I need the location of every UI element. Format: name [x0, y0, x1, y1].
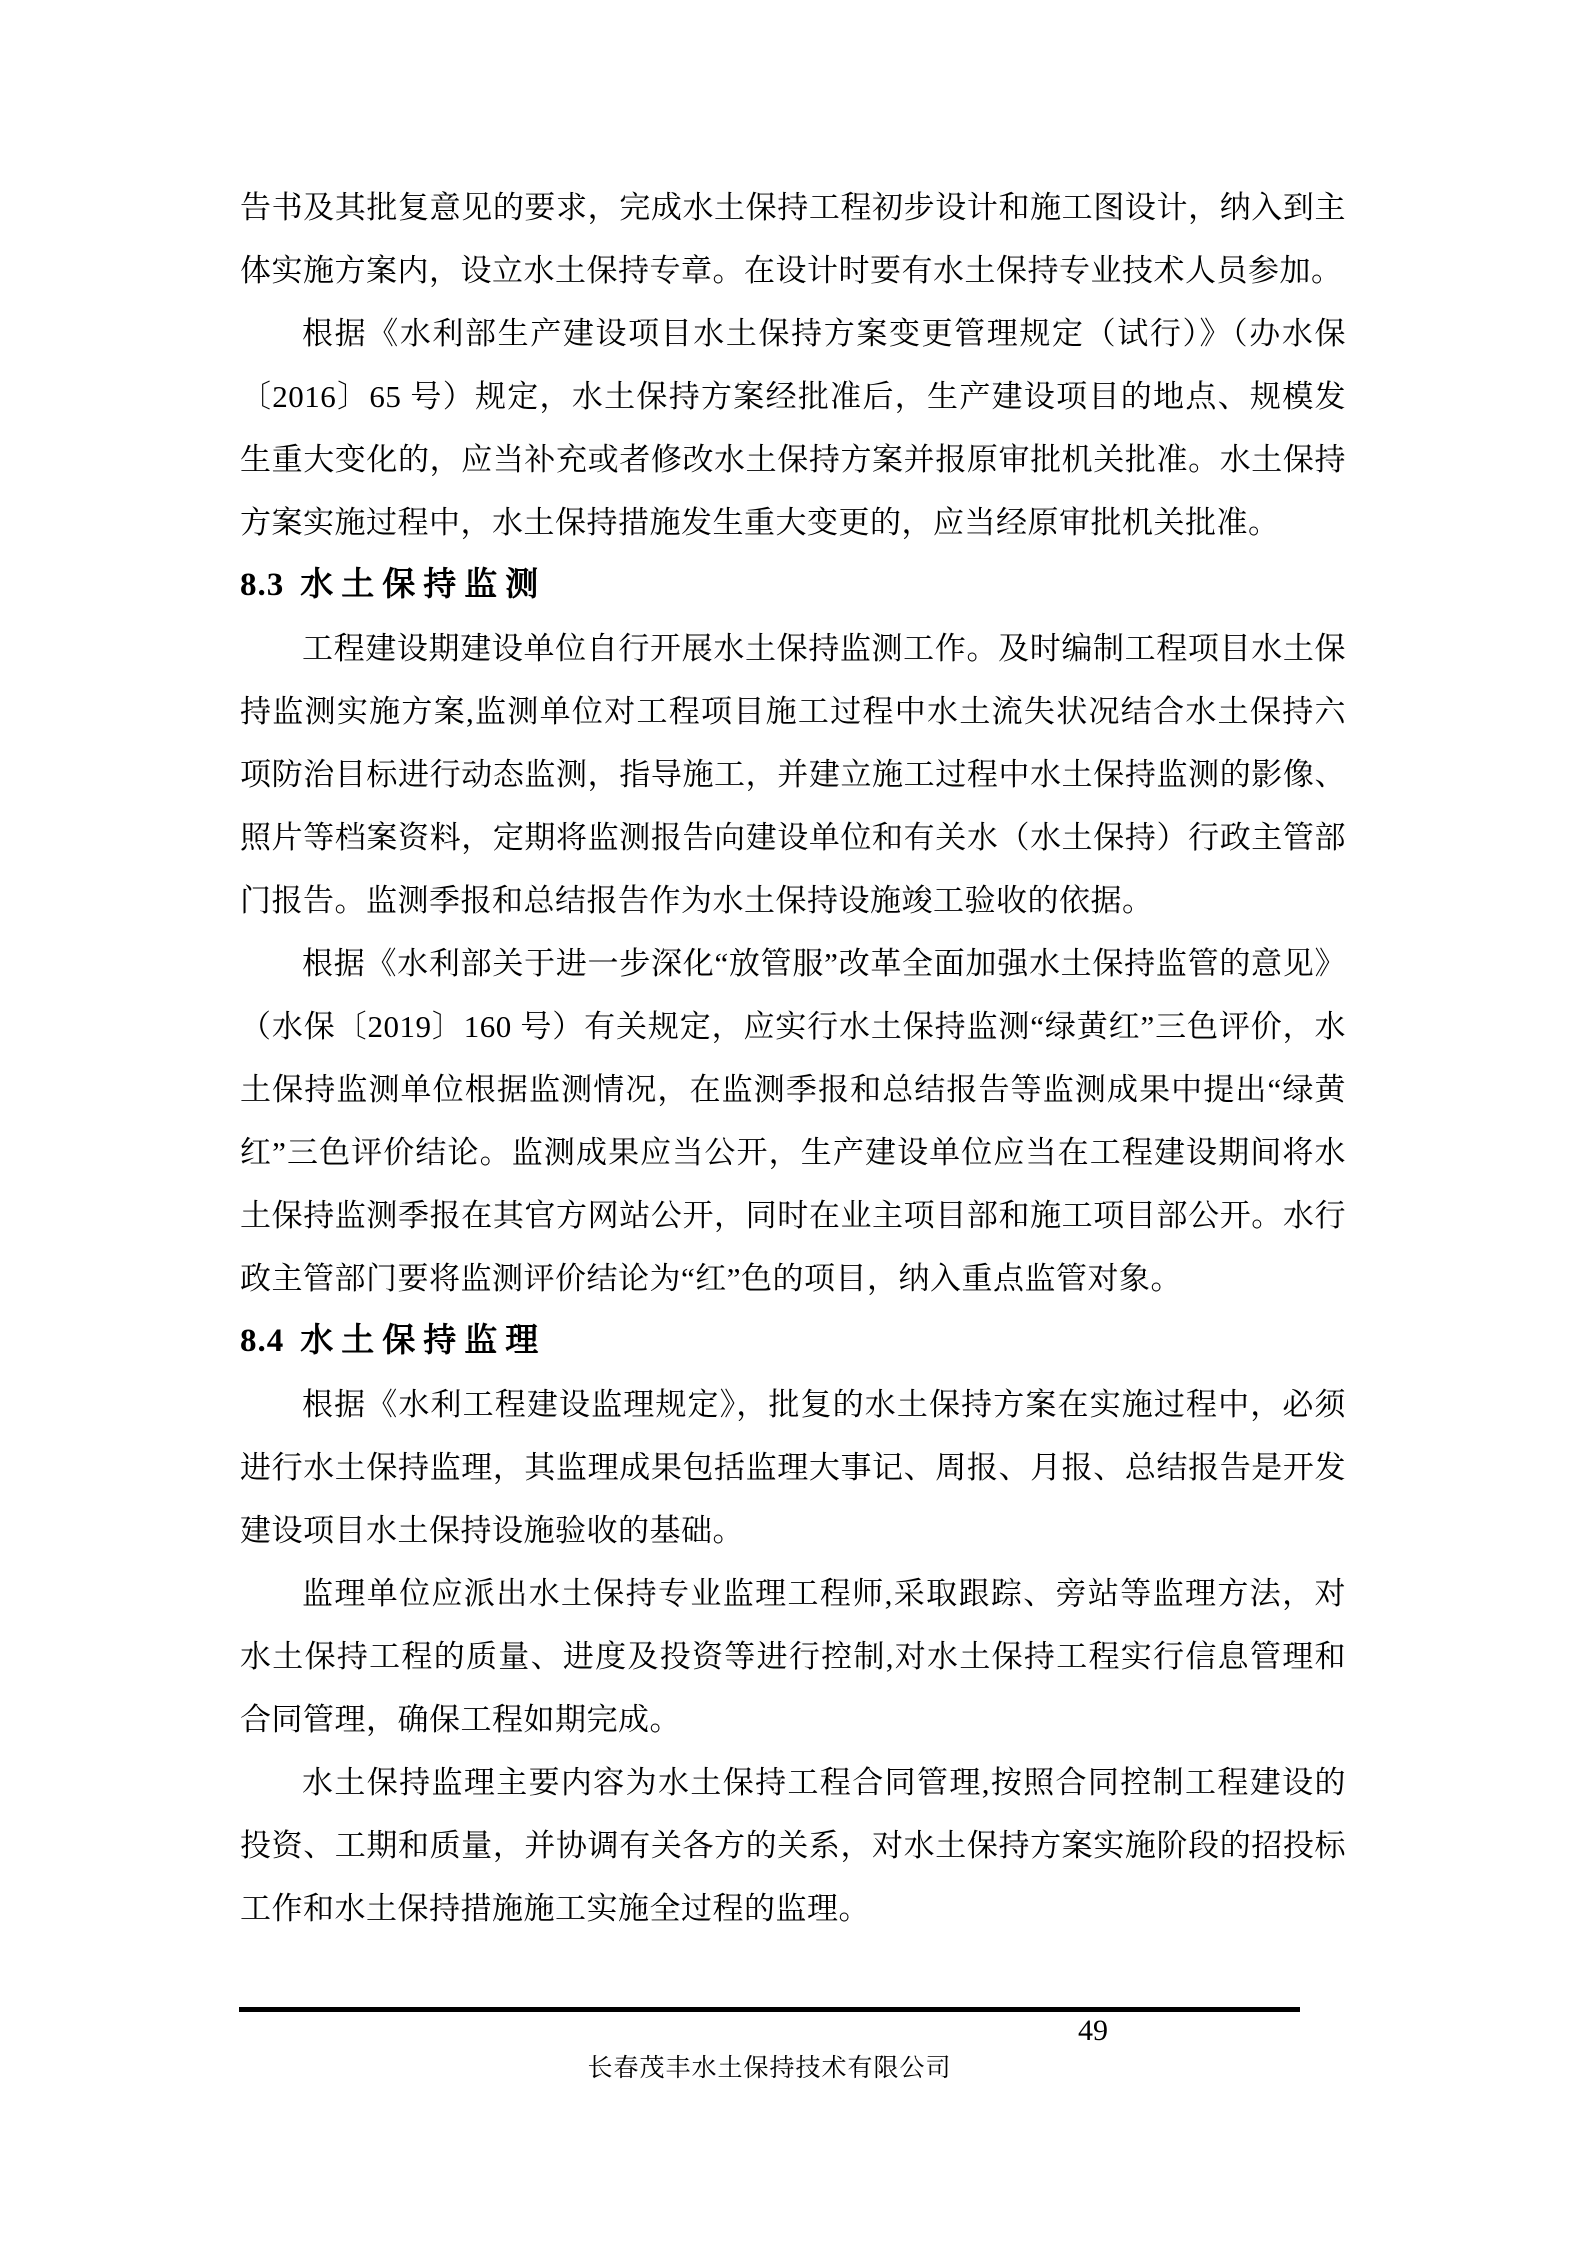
paragraph: 工程建设期建设单位自行开展水土保持监测工作。及时编制工程项目水土保持监测实施方案… — [240, 617, 1346, 932]
paragraph: 监理单位应派出水土保持专业监理工程师,采取跟踪、旁站等监理方法，对水土保持工程的… — [240, 1562, 1346, 1751]
document-body: 告书及其批复意见的要求，完成水土保持工程初步设计和施工图设计，纳入到主体实施方案… — [240, 176, 1346, 1940]
section-number: 8.4 — [240, 1323, 284, 1359]
section-heading-8-3: 8.3水土保持监测 — [240, 554, 1346, 617]
footer-divider-line — [239, 2007, 1300, 2012]
page-number: 49 — [1078, 2014, 1108, 2048]
section-title: 水土保持监测 — [300, 567, 546, 603]
document-page: 告书及其批复意见的要求，完成水土保持工程初步设计和施工图设计，纳入到主体实施方案… — [0, 0, 1587, 2245]
footer-company-name: 长春茂丰水土保持技术有限公司 — [239, 2052, 1300, 2086]
paragraph: 根据《水利工程建设监理规定》，批复的水土保持方案在实施过程中，必须进行水土保持监… — [240, 1373, 1346, 1562]
paragraph: 水土保持监理主要内容为水土保持工程合同管理,按照合同控制工程建设的投资、工期和质… — [240, 1751, 1346, 1940]
section-title: 水土保持监理 — [300, 1323, 546, 1359]
paragraph: 根据《水利部关于进一步深化“放管服”改革全面加强水土保持监管的意见》（水保〔20… — [240, 932, 1346, 1310]
paragraph-continuation: 告书及其批复意见的要求，完成水土保持工程初步设计和施工图设计，纳入到主体实施方案… — [240, 176, 1346, 302]
section-number: 8.3 — [240, 567, 284, 603]
paragraph: 根据《水利部生产建设项目水土保持方案变更管理规定（试行）》（办水保〔2016〕6… — [240, 302, 1346, 554]
section-heading-8-4: 8.4水土保持监理 — [240, 1310, 1346, 1373]
